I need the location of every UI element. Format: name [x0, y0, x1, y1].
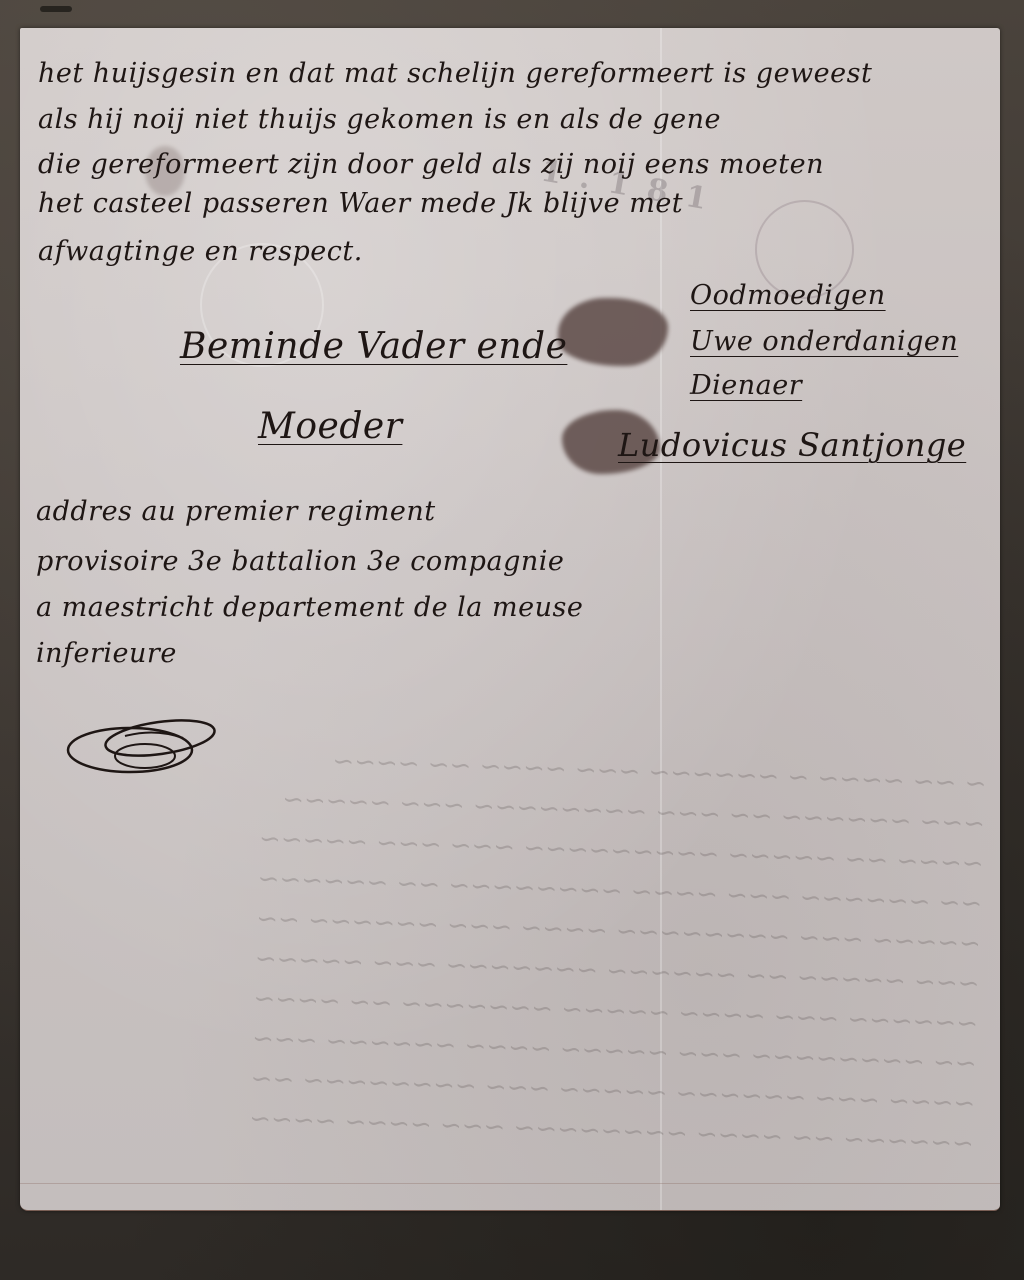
- bleed-through-text: ~ ~~ ~~~~ ~ ~~~~~~ ~~~ ~~~~ ~~ ~~~~ ~~~ …: [43, 732, 987, 1184]
- letter-body-line: het casteel passeren Waer mede Jk blijve…: [38, 188, 683, 219]
- letter-body-line: afwagtinge en respect.: [38, 236, 363, 267]
- letter-page: 1 . 1 8 1 ~ ~~ ~~~~ ~ ~~~~~~ ~~~ ~~~~ ~~…: [20, 28, 1000, 1211]
- letter-body-line: die gereformeert zijn door geld als zij …: [38, 149, 824, 180]
- letter-body-line: het huijsgesin en dat mat schelijn geref…: [38, 58, 872, 89]
- address-line: inferieure: [36, 638, 177, 669]
- closing-line-3: Dienaer: [690, 370, 802, 401]
- ink-stain: [558, 298, 668, 366]
- closing-line-1: Oodmoedigen: [690, 280, 886, 311]
- salutation-line-2: Moeder: [258, 406, 402, 447]
- address-line: a maestricht departement de la meuse: [36, 592, 583, 623]
- closing-line-2: Uwe onderdanigen: [690, 326, 958, 357]
- signature: Ludovicus Santjonge: [618, 426, 966, 464]
- salutation-line-1: Beminde Vader ende: [180, 326, 567, 367]
- paraph-flourish-icon: [65, 708, 225, 778]
- backdrop-mark: [40, 6, 72, 12]
- letter-body-line: als hij noij niet thuijs gekomen is en a…: [38, 104, 721, 135]
- address-line: provisoire 3e battalion 3e compagnie: [36, 546, 564, 577]
- address-line: addres au premier regiment: [36, 496, 436, 527]
- fold-crease-horizontal: [20, 1183, 1000, 1184]
